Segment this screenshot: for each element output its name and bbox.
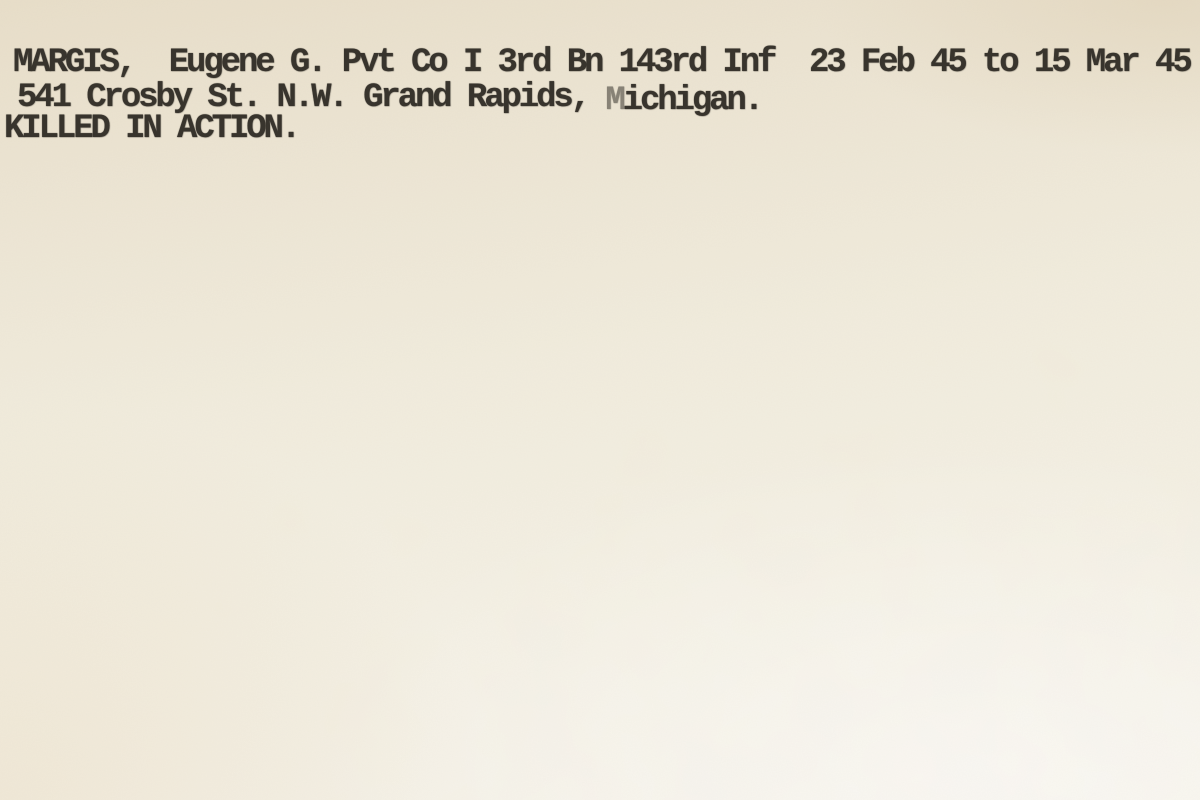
record-line-status: KILLED IN ACTION. (4, 113, 1200, 146)
state-text: Michigan. (605, 82, 761, 120)
state-rest: ichigan. (623, 82, 761, 120)
index-card: MARGIS, Eugene G. Pvt Co I 3rd Bn 143rd … (0, 0, 1200, 800)
record-line-name-unit-dates: MARGIS, Eugene G. Pvt Co I 3rd Bn 143rd … (13, 47, 1200, 80)
typed-record: MARGIS, Eugene G. Pvt Co I 3rd Bn 143rd … (0, 47, 1200, 146)
state-initial: M (605, 82, 622, 120)
